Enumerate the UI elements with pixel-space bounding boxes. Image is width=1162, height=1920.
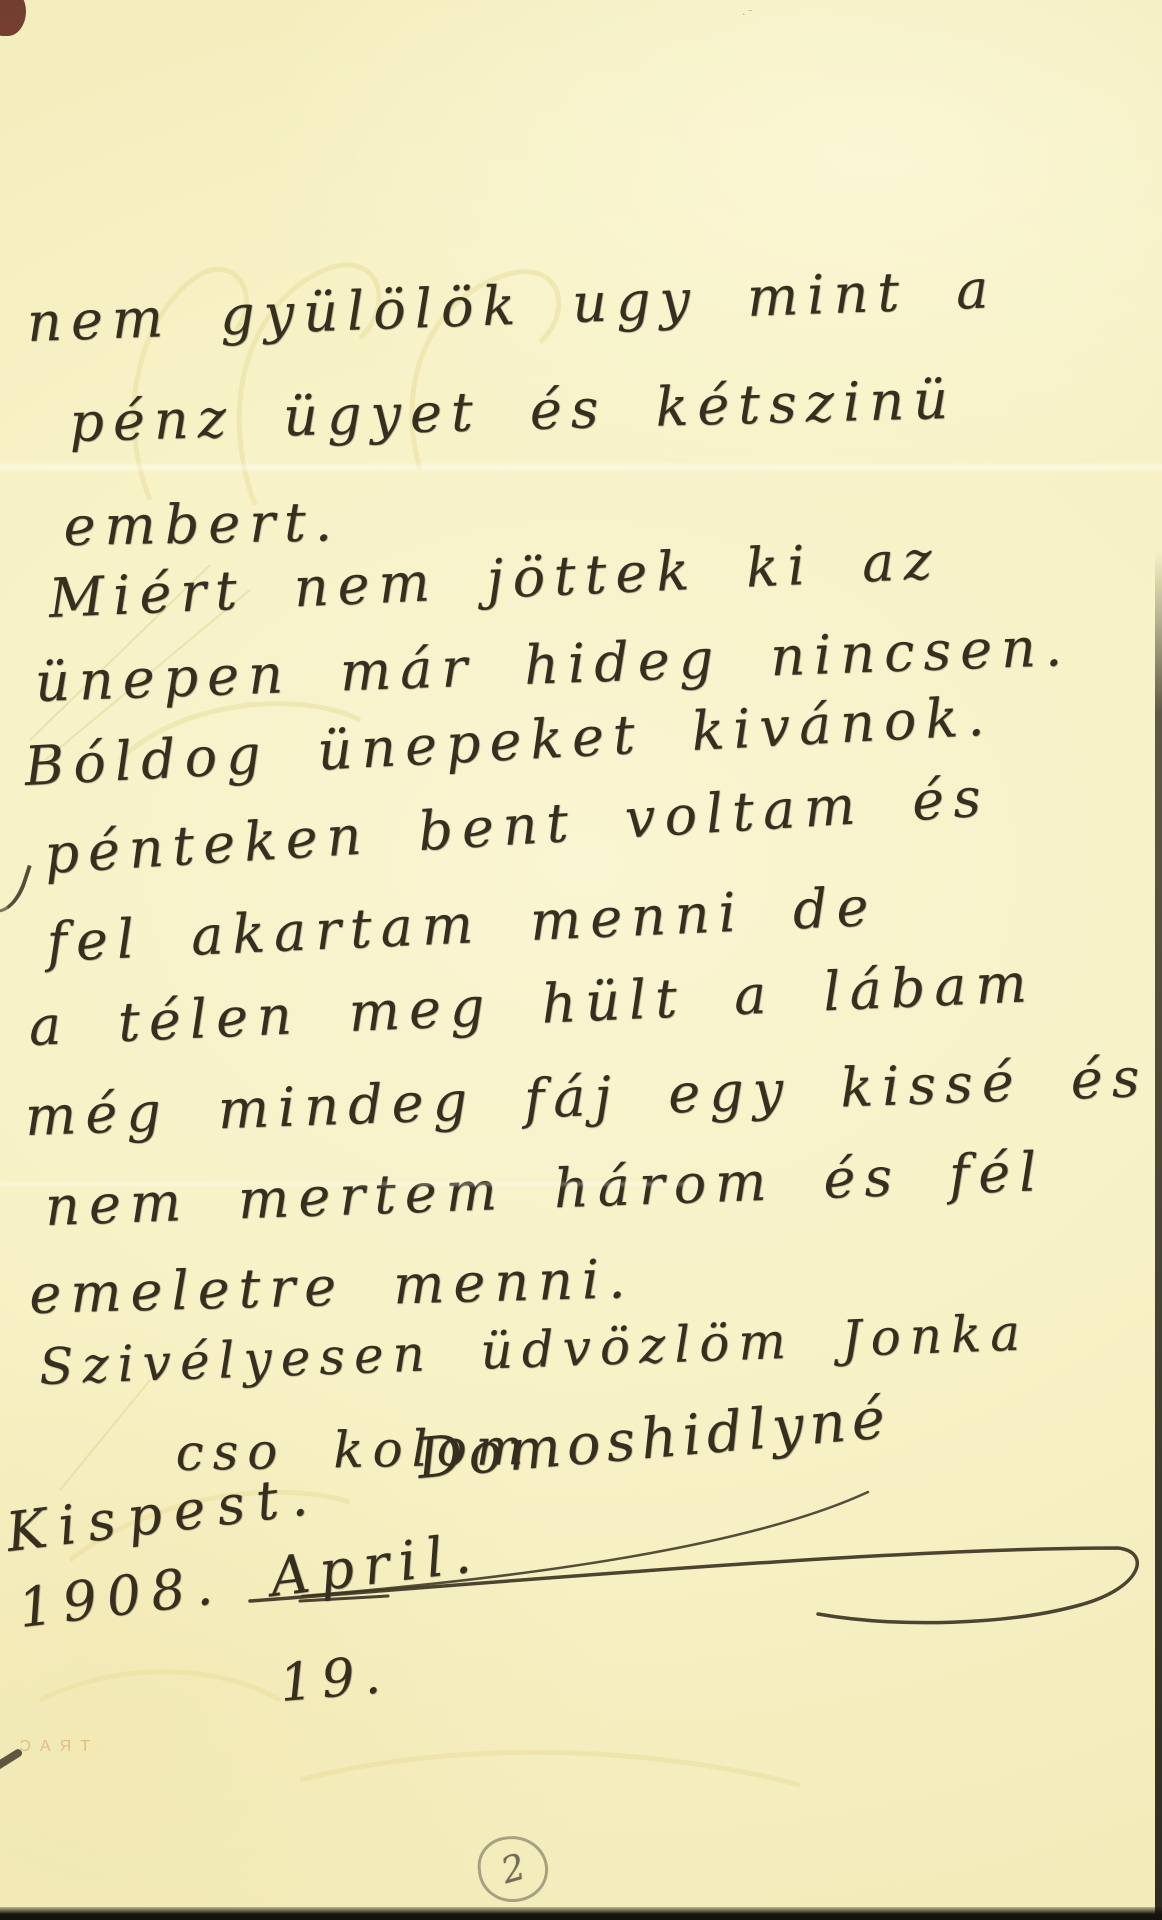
handwriting-line: pénz ügyet és kétszinü [69,373,958,450]
day-line: 19. [277,1649,391,1710]
corner-stain [0,0,26,36]
scan-edge-bottom [0,1907,1162,1920]
handwriting-line: fel akartam menni de [46,880,879,970]
signature: Domoshidlyné [415,1391,893,1488]
handwriting-line: még mindeg fáj egy kissé és [24,1051,1149,1144]
paper-fleck: ·¨ [742,8,758,18]
scan-edge-right [1155,550,1162,1920]
edge-ink-mark [0,1748,24,1773]
handwriting-line: embert. [63,495,341,554]
scan-streak [0,462,1162,473]
handwriting-line: nem mertem három és fél [44,1145,1046,1234]
scanned-letter-page: nem gyülölök ugy mint a pénz ügyet és ké… [0,0,1162,1920]
page-number-circle: 2 [475,1833,552,1906]
edge-ink-mark [0,857,32,919]
handwriting-line: nem gyülölök ugy mint a [26,262,998,350]
handwriting-line: a télen meg hült a lábam [28,956,1037,1054]
page-number: 2 [496,1846,529,1892]
scan-streak [0,1180,697,1188]
handwriting-line: emeletre menni. [29,1252,635,1322]
